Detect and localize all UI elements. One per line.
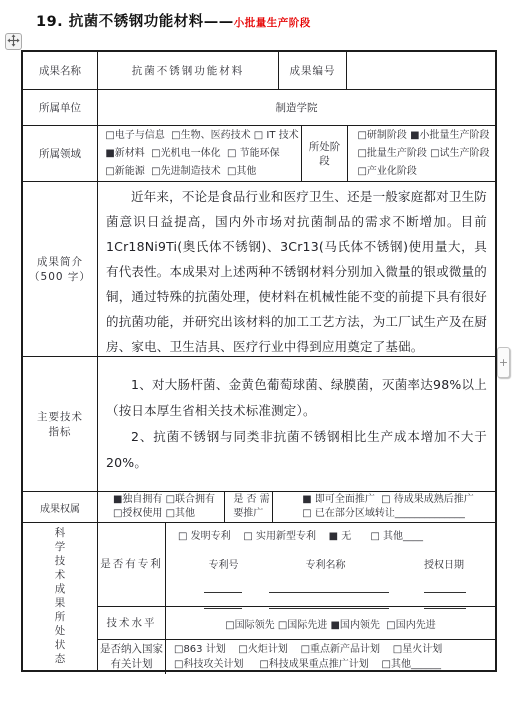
patent-number-header: 专利号	[196, 560, 251, 572]
brief-paragraph: 近年来，不论是食品行业和医疗卫生、还是一般家庭都对卫生防菌意识日益提高，国内外市…	[106, 184, 487, 359]
status-vertical-label-cell: 科学技术成果所处状态	[23, 523, 98, 670]
result-number-label: 成果编号	[279, 52, 347, 89]
patent-options-line[interactable]: □ 发明专利 □ 实用新型专利 ■ 无 □ 其他____	[178, 530, 495, 543]
stage-options-cell: □研制阶段 ■小批量生产阶段 □批量生产阶段 □试生产阶段 □产业化阶段	[348, 126, 495, 181]
result-form-table: 成果名称 抗菌不锈钢功能材料 成果编号 所属单位 制造学院 所属领域 □电子与信…	[21, 50, 497, 672]
domain-label: 所属领域	[23, 126, 98, 181]
insert-handle[interactable]: +	[497, 347, 510, 378]
indicators-label-line1: 主要技术	[37, 409, 83, 424]
ownership-options-line-1[interactable]: ■独自拥有 □联合拥有	[113, 493, 215, 507]
national-plan-label-line2: 有关计划	[111, 657, 153, 672]
owning-unit-label: 所属单位	[23, 90, 98, 125]
patent-name-blank-1	[269, 582, 389, 593]
brief-text-cell: 近年来，不论是食品行业和医疗卫生、还是一般家庭都对卫生防菌意识日益提高，国内外市…	[98, 182, 495, 356]
ownership-options-line-2[interactable]: □授权使用 □其他	[113, 507, 195, 521]
tech-level-label: 技术水平	[98, 607, 166, 639]
stage-options-line-1[interactable]: □研制阶段 ■小批量生产阶段	[357, 127, 489, 145]
brief-label-line2: （500 字）	[29, 269, 91, 284]
owning-unit-value: 制造学院	[98, 90, 495, 125]
status-vertical-label: 科学技术成果所处状态	[53, 527, 68, 667]
national-plan-label-line1: 是否纳入国家	[100, 642, 163, 657]
domain-options-line-3[interactable]: □新能源 □先进制造技术 □其他	[105, 163, 256, 181]
result-name-value: 抗菌不锈钢功能材料	[98, 52, 279, 89]
national-plan-options-line-2[interactable]: □科技攻关计划 □科技成果重点推广计划 □其他______	[174, 657, 441, 672]
brief-label-line1: 成果简介	[37, 254, 83, 269]
national-plan-options-line-1[interactable]: □863 计划 □火炬计划 □重点新产品计划 □星火计划	[174, 642, 442, 657]
row-owning-unit: 所属单位 制造学院	[23, 90, 495, 126]
patent-number-blank-1	[204, 582, 242, 593]
title-stage-text: 小批量生产阶段	[234, 17, 311, 29]
result-number-value	[347, 52, 495, 89]
need-promotion-label-line1: 是 否 需	[233, 493, 269, 507]
indicators-label-line2: 指标	[49, 424, 72, 439]
row-patent: 是否有专利 □ 发明专利 □ 实用新型专利 ■ 无 □ 其他____ 专利号 专…	[98, 523, 495, 607]
stage-label: 所处阶段	[302, 126, 348, 181]
indicators-text-cell: 1、对大肠杆菌、金黄色葡萄球菌、绿膜菌，灭菌率达98%以上（按日本厚生省相关技术…	[98, 357, 495, 491]
row-ownership: 成果权属 ■独自拥有 □联合拥有 □授权使用 □其他 是 否 需 要推广 ■ 即…	[23, 492, 495, 523]
page-title: 19. 抗菌不锈钢功能材料——小批量生产阶段	[36, 10, 311, 31]
row-technical-indicators: 主要技术 指标 1、对大肠杆菌、金黄色葡萄球菌、绿膜菌，灭菌率达98%以上（按日…	[23, 357, 495, 492]
patent-blank-row-1	[178, 582, 495, 593]
promotion-options-cell: ■ 即可全面推广 □ 待成果成熟后推广 □ 已在部分区域转让__________…	[273, 492, 495, 522]
ownership-options-cell: ■独自拥有 □联合拥有 □授权使用 □其他	[98, 492, 225, 522]
patent-label: 是否有专利	[98, 523, 166, 606]
national-plan-options-cell: □863 计划 □火炬计划 □重点新产品计划 □星火计划 □科技攻关计划 □科技…	[166, 640, 495, 674]
patent-name-header: 专利名称	[263, 560, 388, 572]
tech-level-options[interactable]: □国际领先 □国际先进 ■国内领先 □国内先进	[166, 607, 495, 639]
plus-icon: +	[499, 356, 508, 369]
promotion-options-line-1[interactable]: ■ 即可全面推广 □ 待成果成熟后推广	[302, 493, 474, 507]
result-name-label: 成果名称	[23, 52, 98, 89]
domain-options-line-1[interactable]: □电子与信息 □生物、医药技术 □ IT 技术	[105, 127, 298, 145]
brief-label: 成果简介 （500 字）	[23, 182, 98, 356]
row-domain-stage: 所属领域 □电子与信息 □生物、医药技术 □ IT 技术 ■新材料 □光机电一体…	[23, 126, 495, 182]
domain-options-line-2[interactable]: ■新材料 □光机电一体化 □ 节能环保	[105, 145, 279, 163]
section-result-status: 科学技术成果所处状态 是否有专利 □ 发明专利 □ 实用新型专利 ■ 无 □ 其…	[23, 523, 495, 670]
patent-content-cell: □ 发明专利 □ 实用新型专利 ■ 无 □ 其他____ 专利号 专利名称 授权…	[166, 523, 495, 606]
move-cross-icon	[7, 32, 20, 51]
national-plan-label: 是否纳入国家 有关计划	[98, 640, 166, 674]
need-promotion-label-line2: 要推广	[233, 507, 263, 521]
promotion-options-line-2[interactable]: □ 已在部分区域转让______________	[302, 507, 465, 521]
row-result-name: 成果名称 抗菌不锈钢功能材料 成果编号	[23, 52, 495, 90]
row-tech-level: 技术水平 □国际领先 □国际先进 ■国内领先 □国内先进	[98, 607, 495, 640]
document-page: 19. 抗菌不锈钢功能材料——小批量生产阶段 + 成果名称 抗菌不锈钢功能材料	[0, 0, 517, 708]
ownership-label: 成果权属	[23, 492, 98, 522]
row-national-plan: 是否纳入国家 有关计划 □863 计划 □火炬计划 □重点新产品计划 □星火计划…	[98, 640, 495, 674]
patent-date-blank-1	[424, 582, 466, 593]
indicator-item-2: 2、抗菌不锈钢与同类非抗菌不锈钢相比生产成本增加不大于20%。	[106, 424, 487, 476]
domain-options-cell: □电子与信息 □生物、医药技术 □ IT 技术 ■新材料 □光机电一体化 □ 节…	[98, 126, 302, 181]
stage-options-line-2[interactable]: □批量生产阶段 □试生产阶段	[357, 145, 489, 163]
patent-date-header: 授权日期	[414, 560, 474, 572]
row-brief: 成果简介 （500 字） 近年来，不论是食品行业和医疗卫生、还是一般家庭都对卫生…	[23, 182, 495, 357]
indicators-label: 主要技术 指标	[23, 357, 98, 491]
title-main-text: 19. 抗菌不锈钢功能材料——	[36, 14, 234, 30]
stage-options-line-3[interactable]: □产业化阶段	[357, 163, 416, 181]
need-promotion-label: 是 否 需 要推广	[225, 492, 273, 522]
indicator-item-1: 1、对大肠杆菌、金黄色葡萄球菌、绿膜菌，灭菌率达98%以上（按日本厚生省相关技术…	[106, 372, 487, 424]
table-move-handle[interactable]	[5, 33, 22, 50]
